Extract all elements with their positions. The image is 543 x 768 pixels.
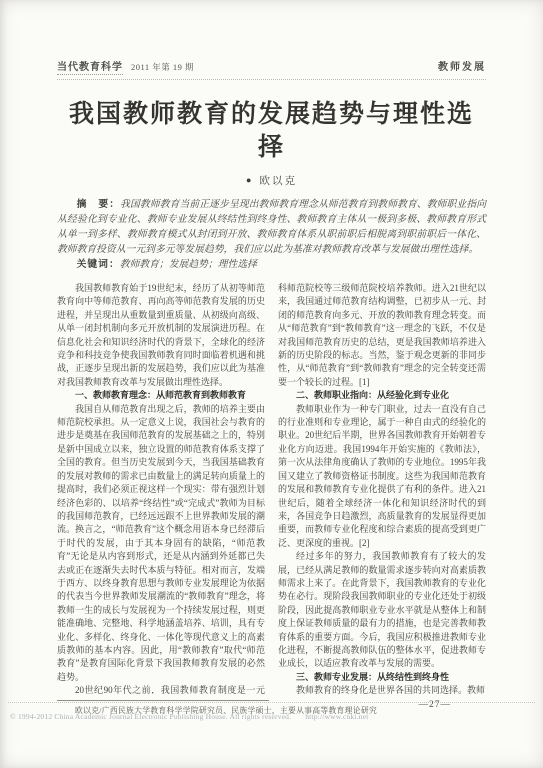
body-right-column: 科师范院校等三级师范院校培养教师。进入21世纪以来，我国通过师范教育结构调整，已… — [278, 282, 486, 694]
section-heading: 二、教师职业指向：从经验化到专业化 — [278, 389, 486, 402]
section-heading: 一、教师教育理念：从师范教育到教师教育 — [57, 389, 265, 402]
header-rule — [57, 79, 486, 80]
section-heading: 三、教师专业发展：从终结性到终身性 — [278, 671, 486, 684]
abstract-label: 摘 要： — [77, 199, 121, 210]
abstract-paragraph: 摘 要：我国教师教育当前正逐步呈现出教师教育理念从师范教育到教师教育、教师职业指… — [57, 197, 486, 257]
author-name: 欧以克 — [259, 176, 297, 187]
author-line: ●欧以克 — [57, 173, 486, 188]
footer-rule — [8, 702, 535, 703]
section-label: 教师发展 — [438, 58, 486, 73]
copyright-text: © 1994-2012 China Academic Journal Elect… — [10, 712, 291, 721]
keywords-paragraph: 关键词：教师教育；发展趋势；理性选择 — [57, 257, 486, 272]
abstract-block: 摘 要：我国教师教育当前正逐步呈现出教师教育理念从师范教育到教师教育、教师职业指… — [57, 197, 486, 272]
paragraph: 20世纪90年代之前，我国教师教育制度是一元的、封闭的，由中等师范学校、高等师范… — [57, 684, 265, 694]
footnote-rule — [57, 700, 269, 701]
paragraph: 经过多年的努力，我国教师教育有了较大的发展，已经从满足教师的数量需求逐步转向对高… — [278, 550, 486, 671]
body-left-column: 我国教师教育始于19世纪末，经历了从初等师范教育向中等师范教育、再向高等师范教育… — [57, 282, 265, 694]
issue-number: 2011 年第 19 期 — [131, 61, 194, 73]
journal-page: 当代教育科学 2011 年第 19 期 教师发展 我国教师教育的发展趋势与理性选… — [0, 0, 543, 768]
keywords-label: 关键词： — [77, 259, 120, 270]
paragraph: 教师教育的终身化是世界各国的共同选择。教师 — [278, 684, 486, 694]
author-bullet-icon: ● — [246, 175, 253, 185]
page-header: 当代教育科学 2011 年第 19 期 教师发展 — [57, 0, 486, 75]
copyright-url: http://www.cnki.net — [305, 712, 368, 721]
paragraph: 我国自从师范教育出现之后，教师的培养主要由师范院校承担。从一定意义上说，我国社会… — [57, 403, 265, 685]
page-number: —27— — [419, 700, 452, 710]
journal-title: 当代教育科学 — [57, 58, 123, 75]
copyright-line: © 1994-2012 China Academic Journal Elect… — [10, 712, 369, 721]
paragraph: 教师职业作为一种专门职业，过去一直没有自己的行业准则和专业理论，属于一种自由式的… — [278, 403, 486, 550]
paragraph: 我国教师教育始于19世纪末，经历了从初等师范教育向中等师范教育、再向高等师范教育… — [57, 282, 265, 389]
article-title: 我国教师教育的发展趋势与理性选择 — [57, 99, 486, 164]
paragraph-continuation: 科师范院校等三级师范院校培养教师。进入21世纪以来，我国通过师范教育结构调整，已… — [278, 282, 486, 389]
keywords-text: 教师教育；发展趋势；理性选择 — [120, 259, 257, 270]
abstract-text: 我国教师教育当前正逐步呈现出教师教育理念从师范教育到教师教育、教师职业指向从经验… — [57, 199, 486, 255]
body-columns: 我国教师教育始于19世纪末，经历了从初等师范教育向中等师范教育、再向高等师范教育… — [57, 282, 486, 694]
